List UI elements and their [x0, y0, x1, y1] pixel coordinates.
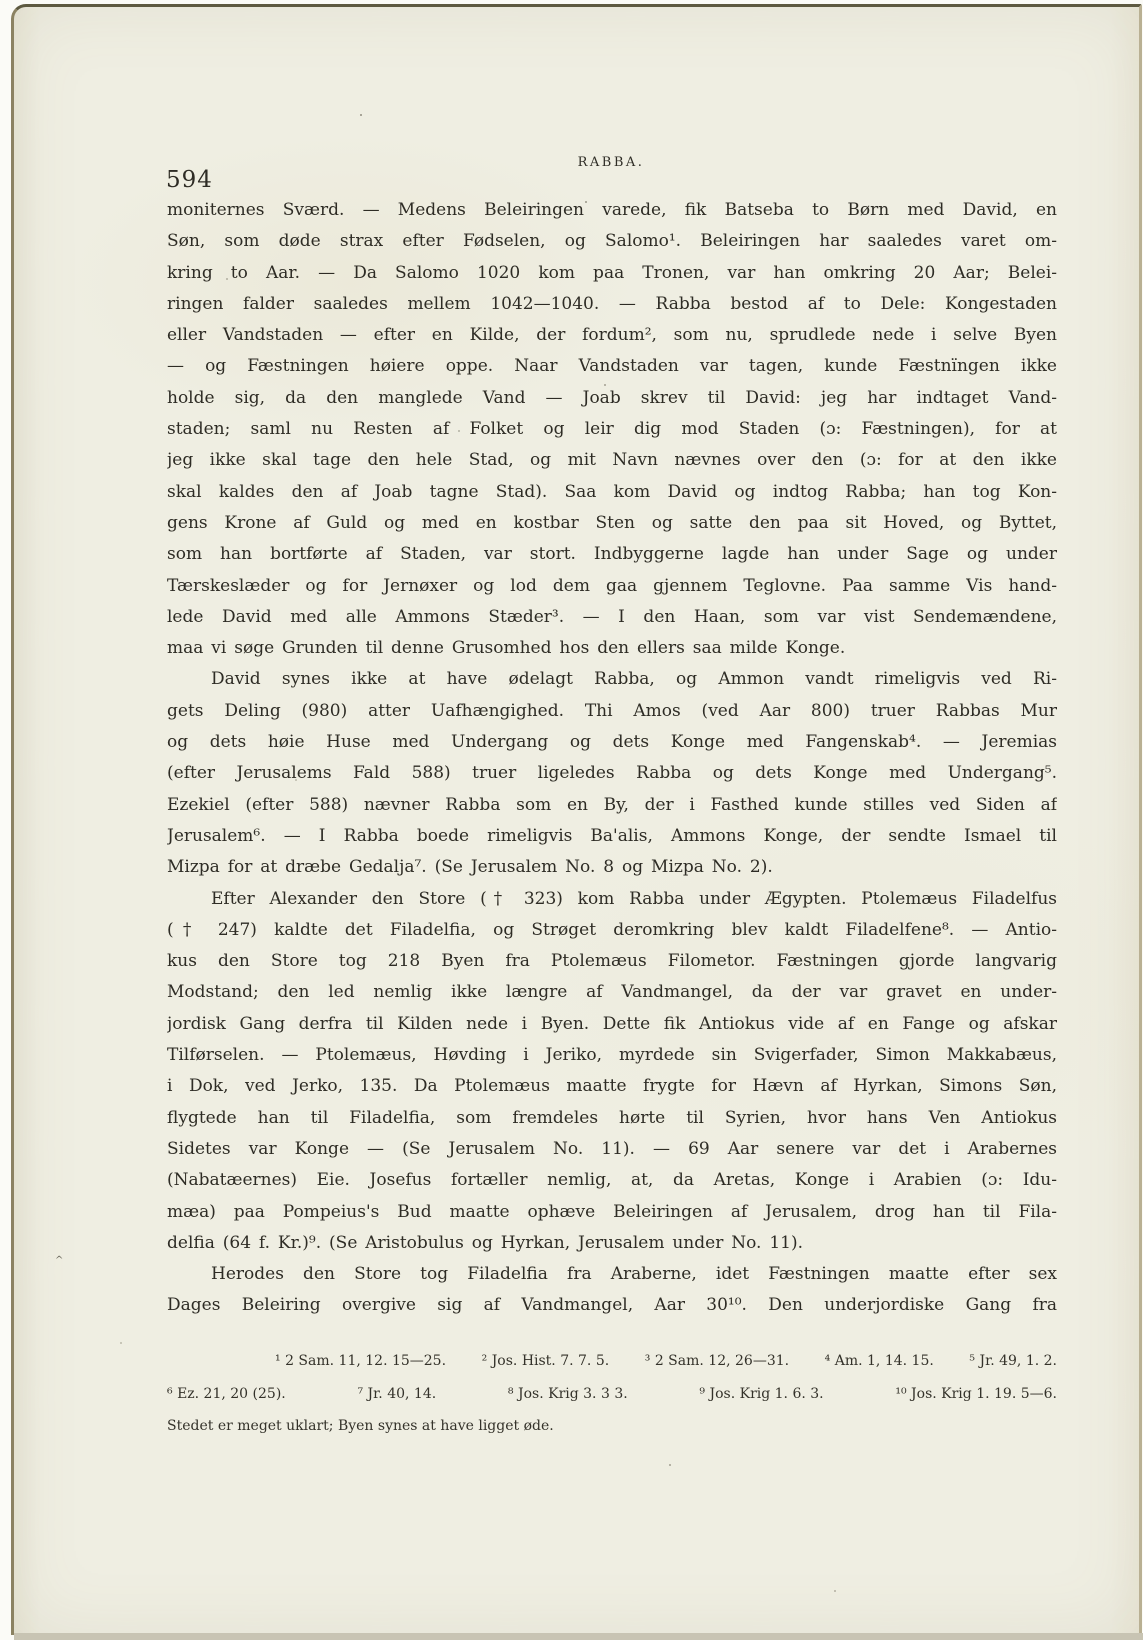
text-line: maa vi søge Grunden til denne Grusomhed … — [167, 633, 1057, 664]
text-line: eller Vandstaden — efter en Kilde, der f… — [167, 320, 1057, 351]
text-line: Tærskeslæder og for Jernøxer og lod dem … — [167, 571, 1057, 602]
footnote-entry: ⁸ Jos. Krig 3. 3 3. — [508, 1378, 628, 1411]
page-bottom-edge — [14, 1633, 1143, 1640]
text-line: Søn, som døde strax efter Fødselen, og S… — [167, 226, 1057, 257]
footnote-entry: ¹⁰ Jos. Krig 1. 19. 5—6. — [895, 1378, 1057, 1411]
footnote-entry: ⁷ Jr. 40, 14. — [357, 1378, 436, 1411]
running-header: RABBA. — [166, 155, 1056, 170]
page-number: 594 — [166, 167, 213, 193]
text-line: Ezekiel (efter 588) nævner Rabba som en … — [167, 790, 1057, 821]
text-line: ringen falder saaledes mellem 1042—1040.… — [167, 289, 1057, 320]
text-line: Mizpa for at dræbe Gedalja⁷. (Se Jerusal… — [167, 852, 1057, 883]
text-line: gets Deling (980) atter Uafhængighed. Th… — [167, 696, 1057, 727]
footnote-entry: ¹ 2 Sam. 11, 12. 15—25. — [275, 1345, 446, 1378]
text-line: Dages Beleiring overgive sig af Vandmang… — [167, 1290, 1057, 1321]
text-line: jeg ikke skal tage den hele Stad, og mit… — [167, 445, 1057, 476]
body-text: moniternes Sværd. — Medens Beleiringen v… — [167, 195, 1057, 1322]
text-line: Jerusalem⁶. — I Rabba boede rimeligvis B… — [167, 821, 1057, 852]
text-line: mæa) paa Pompeius's Bud maatte ophæve Be… — [167, 1197, 1057, 1228]
footnote-row: ¹ 2 Sam. 11, 12. 15—25. ² Jos. Hist. 7. … — [167, 1345, 1057, 1378]
text-line: Tilførselen. — Ptolemæus, Høvding i Jeri… — [167, 1040, 1057, 1071]
scan-speckles — [360, 114, 362, 116]
footnote-continuation: Stedet er meget uklart; Byen synes at ha… — [167, 1410, 1057, 1443]
text-line: som han bortførte af Staden, var stort. … — [167, 539, 1057, 570]
footnote-entry: ⁴ Am. 1, 14. 15. — [825, 1345, 934, 1378]
text-line: staden; saml nu Resten af Folket og leir… — [167, 414, 1057, 445]
text-line: flygtede han til Filadelfia, som fremdel… — [167, 1103, 1057, 1134]
text-line: Sidetes var Konge — (Se Jerusalem No. 11… — [167, 1134, 1057, 1165]
text-line: holde sig, da den manglede Vand — Joab s… — [167, 383, 1057, 414]
margin-pencil-mark: ^ — [55, 1255, 63, 1266]
text-line: David synes ikke at have ødelagt Rabba, … — [167, 664, 1057, 695]
text-line: Modstand; den led nemlig ikke længre af … — [167, 977, 1057, 1008]
footnote-entry: ³ 2 Sam. 12, 26—31. — [645, 1345, 789, 1378]
footnote-entry: ⁹ Jos. Krig 1. 6. 3. — [699, 1378, 823, 1411]
footnotes: ¹ 2 Sam. 11, 12. 15—25. ² Jos. Hist. 7. … — [167, 1345, 1057, 1443]
text-line: moniternes Sværd. — Medens Beleiringen v… — [167, 195, 1057, 226]
text-line: († 247) kaldte det Filadelfia, og Strøge… — [167, 915, 1057, 946]
text-line: kring to Aar. — Da Salomo 1020 kom paa T… — [167, 258, 1057, 289]
text-line: i Dok, ved Jerko, 135. Da Ptolemæus maat… — [167, 1071, 1057, 1102]
text-line: delfia (64 f. Kr.)⁹. (Se Aristobulus og … — [167, 1228, 1057, 1259]
text-line: Herodes den Store tog Filadelfia fra Ara… — [167, 1259, 1057, 1290]
text-line: (efter Jerusalems Fald 588) truer ligele… — [167, 758, 1057, 789]
text-line: og dets høie Huse med Undergang og dets … — [167, 727, 1057, 758]
text-line: lede David med alle Ammons Stæder³. — I … — [167, 602, 1057, 633]
footnote-entry: ⁵ Jr. 49, 1. 2. — [969, 1345, 1057, 1378]
footnote-entry: ⁶ Ez. 21, 20 (25). — [167, 1378, 286, 1411]
text-line: gens Krone af Guld og med en kostbar Ste… — [167, 508, 1057, 539]
text-line: kus den Store tog 218 Byen fra Ptolemæus… — [167, 946, 1057, 977]
text-line: — og Fæstningen høiere oppe. Naar Vandst… — [167, 351, 1057, 382]
scanned-book-page: 594 RABBA. moniternes Sværd. — Medens Be… — [11, 4, 1142, 1635]
text-line: skal kaldes den af Joab tagne Stad). Saa… — [167, 477, 1057, 508]
text-line: (Nabatæernes) Eie. Josefus fortæller nem… — [167, 1165, 1057, 1196]
footnote-entry: ² Jos. Hist. 7. 7. 5. — [482, 1345, 610, 1378]
footnote-row: ⁶ Ez. 21, 20 (25). ⁷ Jr. 40, 14. ⁸ Jos. … — [167, 1378, 1057, 1411]
text-line: Efter Alexander den Store († 323) kom Ra… — [167, 884, 1057, 915]
text-line: jordisk Gang derfra til Kilden nede i By… — [167, 1009, 1057, 1040]
